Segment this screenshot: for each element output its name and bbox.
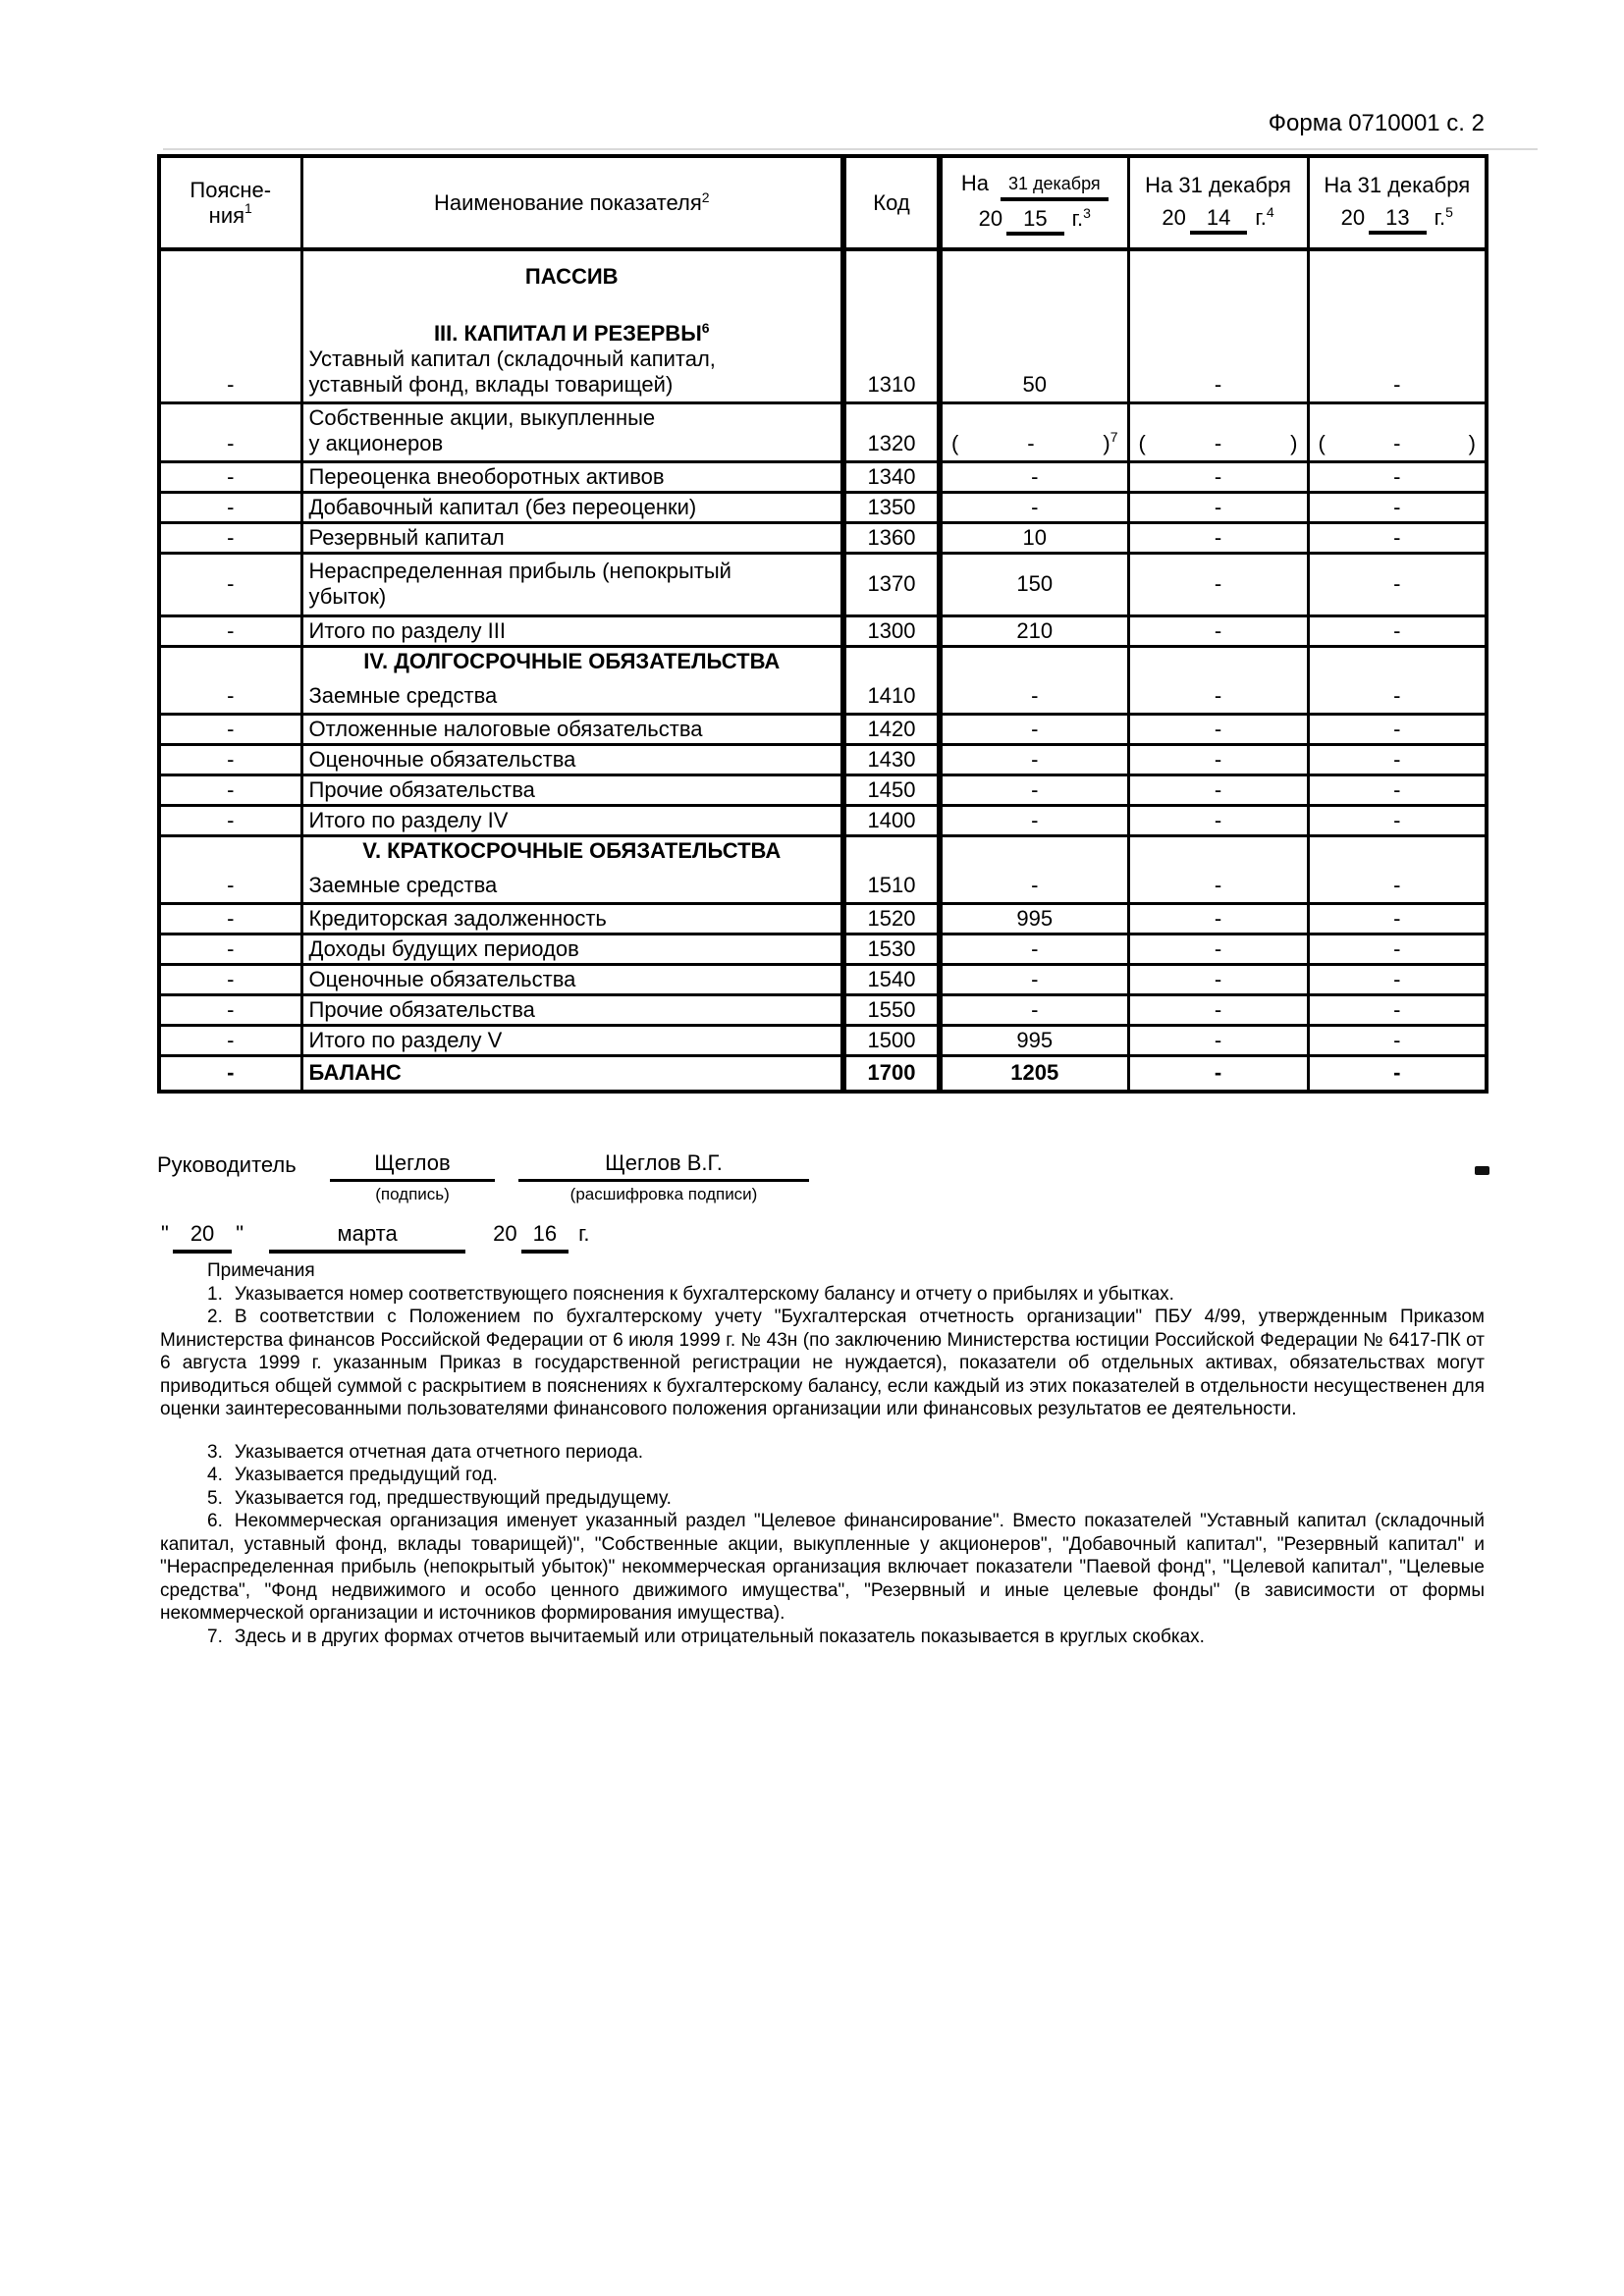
value-2014-cell: - bbox=[1128, 522, 1308, 553]
value-2014-cell: - bbox=[1128, 964, 1308, 994]
value-2013-cell: - bbox=[1308, 934, 1487, 964]
explanation-cell: - bbox=[159, 774, 301, 805]
paren-open: ( bbox=[951, 431, 958, 456]
header-date-2015-sup: 3 bbox=[1083, 205, 1091, 221]
signature-caption: (подпись) bbox=[330, 1182, 495, 1205]
value-2013-cell: - bbox=[1308, 646, 1487, 714]
full-name-value: Щеглов В.Г. bbox=[518, 1150, 809, 1182]
header-indicator-name: Наименование показателя2 bbox=[301, 156, 843, 249]
explanation-cell: - bbox=[159, 835, 301, 903]
indicator-cell: ПАССИВ III. КАПИТАЛ И РЕЗЕРВЫ6 Уставный … bbox=[301, 249, 843, 402]
full-name-caption: (расшифровка подписи) bbox=[518, 1182, 809, 1205]
year-fill-in: 14 bbox=[1190, 205, 1247, 235]
code-cell: 1700 bbox=[843, 1055, 940, 1092]
indicator-cell: Собственные акции, выкупленные у акционе… bbox=[301, 402, 843, 461]
indicator-cell: Оценочные обязательства bbox=[301, 964, 843, 994]
table-row-1510: - V. КРАТКОСРОЧНЫЕ ОБЯЗАТЕЛЬСТВА Заемные… bbox=[159, 835, 1487, 903]
explanation-cell: - bbox=[159, 492, 301, 522]
notes-section: Примечания 1.Указывается номер соответст… bbox=[160, 1259, 1485, 1648]
table-row-1310: - ПАССИВ III. КАПИТАЛ И РЕЗЕРВЫ6 Уставны… bbox=[159, 249, 1487, 402]
code-cell: 1500 bbox=[843, 1025, 940, 1055]
table-row-1700-balance: - БАЛАНС 1700 1205 - - bbox=[159, 1055, 1487, 1092]
value-2014-cell: (-) bbox=[1128, 402, 1308, 461]
date-month-field: марта bbox=[269, 1221, 465, 1254]
signature-date-line: "20"марта2016г. bbox=[157, 1221, 1492, 1254]
date-year-field: 16 bbox=[521, 1221, 568, 1254]
explanation-cell: - bbox=[159, 714, 301, 744]
value-2013-cell: - bbox=[1308, 1055, 1487, 1092]
explanation-cell: - bbox=[159, 934, 301, 964]
signer-role-label: Руководитель bbox=[157, 1150, 330, 1178]
value-2014-cell: - bbox=[1128, 461, 1308, 492]
value-2015-cell: - bbox=[940, 461, 1128, 492]
value-2015-cell: - bbox=[940, 744, 1128, 774]
value-2015-cell: 10 bbox=[940, 522, 1128, 553]
paren-value: - bbox=[1215, 431, 1221, 456]
form-number-label: Форма 0710001 с. 2 bbox=[1269, 110, 1485, 137]
table-row-1520: - Кредиторская задолженность 1520 995 - … bbox=[159, 903, 1487, 934]
value-2014-cell: - bbox=[1128, 714, 1308, 744]
note-7: 7.Здесь и в других формах отчетов вычита… bbox=[160, 1626, 1485, 1649]
code-cell: 1300 bbox=[843, 615, 940, 646]
indicator-cell: Отложенные налоговые обязательства bbox=[301, 714, 843, 744]
table-row-1450: - Прочие обязательства 1450 - - - bbox=[159, 774, 1487, 805]
paren-close: ) bbox=[1290, 431, 1297, 456]
code-cell: 1450 bbox=[843, 774, 940, 805]
section-3-title: III. КАПИТАЛ И РЕЗЕРВЫ6 bbox=[309, 321, 836, 347]
indicator-cell: IV. ДОЛГОСРОЧНЫЕ ОБЯЗАТЕЛЬСТВА Заемные с… bbox=[301, 646, 843, 714]
value-2013-cell: - bbox=[1308, 774, 1487, 805]
paren-close: ) bbox=[1103, 431, 1110, 455]
value-2014-cell: - bbox=[1128, 249, 1308, 402]
value-2013-cell: - bbox=[1308, 744, 1487, 774]
table-row-1500-total: - Итого по разделу V 1500 995 - - bbox=[159, 1025, 1487, 1055]
quote-close: " bbox=[232, 1221, 247, 1246]
table-row-1550: - Прочие обязательства 1550 - - - bbox=[159, 994, 1487, 1025]
full-name-field: Щеглов В.Г. (расшифровка подписи) bbox=[518, 1150, 809, 1205]
paren-open: ( bbox=[1139, 431, 1146, 456]
table-row-1430: - Оценочные обязательства 1430 - - - bbox=[159, 744, 1487, 774]
value-2013-cell: - bbox=[1308, 492, 1487, 522]
value-2013-cell: - bbox=[1308, 805, 1487, 835]
value-2015-cell: - bbox=[940, 835, 1128, 903]
value-2015-cell: 210 bbox=[940, 615, 1128, 646]
passiv-group-title: ПАССИВ bbox=[309, 264, 836, 290]
header-date-2014-sup: 4 bbox=[1267, 204, 1274, 220]
value-2015-cell: - bbox=[940, 964, 1128, 994]
explanation-cell: - bbox=[159, 1055, 301, 1092]
value-2015-cell: - bbox=[940, 774, 1128, 805]
value-2015-cell: - bbox=[940, 994, 1128, 1025]
code-cell: 1320 bbox=[843, 402, 940, 461]
note-4: 4.Указывается предыдущий год. bbox=[160, 1464, 1485, 1487]
value-2015-cell: - bbox=[940, 492, 1128, 522]
section-5-title: V. КРАТКОСРОЧНЫЕ ОБЯЗАТЕЛЬСТВА bbox=[309, 838, 836, 864]
header-explanations-line1: Поясне- bbox=[167, 178, 295, 203]
section-4-title: IV. ДОЛГОСРОЧНЫЕ ОБЯЗАТЕЛЬСТВА bbox=[309, 649, 836, 674]
date-fill-in: 31 декабря bbox=[1001, 174, 1109, 201]
table-row-1410: - IV. ДОЛГОСРОЧНЫЕ ОБЯЗАТЕЛЬСТВА Заемные… bbox=[159, 646, 1487, 714]
value-2014-cell: - bbox=[1128, 903, 1308, 934]
indicator-cell: Резервный капитал bbox=[301, 522, 843, 553]
value-2015-cell: - bbox=[940, 805, 1128, 835]
value-2013-cell: - bbox=[1308, 249, 1487, 402]
indicator-cell: Прочие обязательства bbox=[301, 994, 843, 1025]
table-row-1370: - Нераспределенная прибыль (непокрытый у… bbox=[159, 553, 1487, 615]
code-cell: 1530 bbox=[843, 934, 940, 964]
explanation-cell: - bbox=[159, 903, 301, 934]
value-2015-cell: - bbox=[940, 714, 1128, 744]
indicator-cell: Кредиторская задолженность bbox=[301, 903, 843, 934]
table-header-row: Поясне- ния1 Наименование показателя2 Ко… bbox=[159, 156, 1487, 249]
table-row-1530: - Доходы будущих периодов 1530 - - - bbox=[159, 934, 1487, 964]
year-prefix: 20 bbox=[493, 1221, 516, 1246]
signature-value: Щеглов bbox=[330, 1150, 495, 1182]
value-2013-cell: - bbox=[1308, 522, 1487, 553]
note-5: 5.Указывается год, предшествующий предыд… bbox=[160, 1487, 1485, 1511]
value-2015-cell: (-)7 bbox=[940, 402, 1128, 461]
value-2014-cell: - bbox=[1128, 615, 1308, 646]
indicator-name: Заемные средства bbox=[309, 873, 836, 898]
explanation-cell: - bbox=[159, 994, 301, 1025]
value-2014-cell: - bbox=[1128, 1055, 1308, 1092]
explanation-cell: - bbox=[159, 461, 301, 492]
indicator-name: Нераспределенная прибыль (непокрытый убы… bbox=[309, 559, 736, 610]
header-date-2013-sup: 5 bbox=[1445, 204, 1453, 220]
code-cell: 1550 bbox=[843, 994, 940, 1025]
value-2013-cell: - bbox=[1308, 964, 1487, 994]
indicator-cell: Добавочный капитал (без переоценки) bbox=[301, 492, 843, 522]
table-row-1350: - Добавочный капитал (без переоценки) 13… bbox=[159, 492, 1487, 522]
indicator-cell: V. КРАТКОСРОЧНЫЕ ОБЯЗАТЕЛЬСТВА Заемные с… bbox=[301, 835, 843, 903]
value-2014-cell: - bbox=[1128, 774, 1308, 805]
year-suffix: г. bbox=[578, 1221, 589, 1246]
paren-open: ( bbox=[1319, 431, 1326, 456]
code-cell: 1430 bbox=[843, 744, 940, 774]
table-row-1360: - Резервный капитал 1360 10 - - bbox=[159, 522, 1487, 553]
table-row-1420: - Отложенные налоговые обязательства 142… bbox=[159, 714, 1487, 744]
value-2015-cell: - bbox=[940, 934, 1128, 964]
paren-value: - bbox=[1393, 431, 1400, 456]
value-2013-cell: - bbox=[1308, 553, 1487, 615]
code-cell: 1400 bbox=[843, 805, 940, 835]
indicator-cell: Оценочные обязательства bbox=[301, 744, 843, 774]
paren-value: - bbox=[1027, 431, 1034, 456]
value-2015-cell: 995 bbox=[940, 903, 1128, 934]
value-2014-cell: - bbox=[1128, 744, 1308, 774]
value-2015-cell: - bbox=[940, 646, 1128, 714]
indicator-cell: Переоценка внеоборотных активов bbox=[301, 461, 843, 492]
value-2014-cell: - bbox=[1128, 1025, 1308, 1055]
value-2014-cell: - bbox=[1128, 805, 1308, 835]
indicator-cell: Нераспределенная прибыль (непокрытый убы… bbox=[301, 553, 843, 615]
code-cell: 1510 bbox=[843, 835, 940, 903]
value-2015-cell: 995 bbox=[940, 1025, 1128, 1055]
quote-open: " bbox=[157, 1221, 173, 1246]
value-2013-cell: - bbox=[1308, 1025, 1487, 1055]
notes-title: Примечания bbox=[207, 1259, 1485, 1283]
value-2014-cell: - bbox=[1128, 492, 1308, 522]
indicator-name: Уставный капитал (складочный капитал, ус… bbox=[309, 347, 741, 398]
explanation-cell: - bbox=[159, 402, 301, 461]
paren-close: ) bbox=[1469, 431, 1476, 456]
spacer bbox=[309, 290, 836, 321]
explanation-cell: - bbox=[159, 805, 301, 835]
code-cell: 1520 bbox=[843, 903, 940, 934]
table-row-1300-total: - Итого по разделу III 1300 210 - - bbox=[159, 615, 1487, 646]
explanation-cell: - bbox=[159, 744, 301, 774]
header-indicator-sup: 2 bbox=[702, 189, 710, 205]
explanation-cell: - bbox=[159, 964, 301, 994]
code-cell: 1410 bbox=[843, 646, 940, 714]
table-row-1540: - Оценочные обязательства 1540 - - - bbox=[159, 964, 1487, 994]
section-3-sup: 6 bbox=[702, 320, 710, 336]
explanation-cell: - bbox=[159, 249, 301, 402]
explanation-cell: - bbox=[159, 646, 301, 714]
value-2015-cell: 50 bbox=[940, 249, 1128, 402]
header-explanations-line2: ния1 bbox=[167, 203, 295, 229]
code-cell: 1340 bbox=[843, 461, 940, 492]
indicator-cell: Итого по разделу V bbox=[301, 1025, 843, 1055]
header-explanations: Поясне- ния1 bbox=[159, 156, 301, 249]
value-2013-cell: - bbox=[1308, 835, 1487, 903]
note-1: 1.Указывается номер соответствующего поя… bbox=[160, 1283, 1485, 1307]
indicator-cell: Доходы будущих периодов bbox=[301, 934, 843, 964]
value-2014-cell: - bbox=[1128, 835, 1308, 903]
balance-sheet-page: Форма 0710001 с. 2 Поясне- ния1 Наименов… bbox=[0, 0, 1624, 2296]
code-cell: 1540 bbox=[843, 964, 940, 994]
date-day-field: 20 bbox=[173, 1221, 232, 1254]
year-fill-in: 15 bbox=[1006, 206, 1063, 236]
indicator-name: Собственные акции, выкупленные у акционе… bbox=[309, 405, 663, 456]
header-date-2013: На 31 декабря 2013г.5 bbox=[1308, 156, 1487, 249]
code-cell: 1350 bbox=[843, 492, 940, 522]
value-2015-cell: 150 bbox=[940, 553, 1128, 615]
value-2015-cell: 1205 bbox=[940, 1055, 1128, 1092]
stray-ink-mark bbox=[1475, 1166, 1489, 1175]
header-explanations-sup: 1 bbox=[244, 200, 252, 216]
value-2013-cell: - bbox=[1308, 615, 1487, 646]
value-2013-cell: - bbox=[1308, 461, 1487, 492]
explanation-cell: - bbox=[159, 1025, 301, 1055]
table-row-1400-total: - Итого по разделу IV 1400 - - - bbox=[159, 805, 1487, 835]
indicator-cell: Итого по разделу IV bbox=[301, 805, 843, 835]
header-date-2015: На31 декабря 2015г.3 bbox=[940, 156, 1128, 249]
indicator-cell: Прочие обязательства bbox=[301, 774, 843, 805]
value-2014-cell: - bbox=[1128, 553, 1308, 615]
indicator-cell: БАЛАНС bbox=[301, 1055, 843, 1092]
signature-field: Щеглов (подпись) bbox=[330, 1150, 495, 1205]
balance-table: Поясне- ния1 Наименование показателя2 Ко… bbox=[157, 154, 1489, 1094]
value-2013-cell: - bbox=[1308, 714, 1487, 744]
explanation-cell: - bbox=[159, 553, 301, 615]
code-cell: 1420 bbox=[843, 714, 940, 744]
code-cell: 1370 bbox=[843, 553, 940, 615]
value-2013-cell: - bbox=[1308, 994, 1487, 1025]
value-2014-cell: - bbox=[1128, 646, 1308, 714]
header-date-2014: На 31 декабря 2014г.4 bbox=[1128, 156, 1308, 249]
indicator-name: Заемные средства bbox=[309, 683, 836, 709]
code-cell: 1360 bbox=[843, 522, 940, 553]
explanation-cell: - bbox=[159, 522, 301, 553]
note-6: 6.Некоммерческая организация именует ука… bbox=[160, 1510, 1485, 1626]
explanation-cell: - bbox=[159, 615, 301, 646]
value-2013-cell: - bbox=[1308, 903, 1487, 934]
year-fill-in: 13 bbox=[1369, 205, 1426, 235]
paren-sup: 7 bbox=[1110, 429, 1118, 445]
table-row-1320: - Собственные акции, выкупленные у акцио… bbox=[159, 402, 1487, 461]
code-cell: 1310 bbox=[843, 249, 940, 402]
note-3: 3.Указывается отчетная дата отчетного пе… bbox=[160, 1441, 1485, 1465]
note-2: 2.В соответствии с Положением по бухгалт… bbox=[160, 1306, 1485, 1421]
signature-block: Руководитель Щеглов (подпись) Щеглов В.Г… bbox=[157, 1150, 1492, 1254]
value-2014-cell: - bbox=[1128, 934, 1308, 964]
indicator-cell: Итого по разделу III bbox=[301, 615, 843, 646]
table-row-1340: - Переоценка внеоборотных активов 1340 -… bbox=[159, 461, 1487, 492]
value-2014-cell: - bbox=[1128, 994, 1308, 1025]
scan-artifact-line bbox=[163, 148, 1538, 150]
header-code: Код bbox=[843, 156, 940, 249]
value-2013-cell: (-) bbox=[1308, 402, 1487, 461]
